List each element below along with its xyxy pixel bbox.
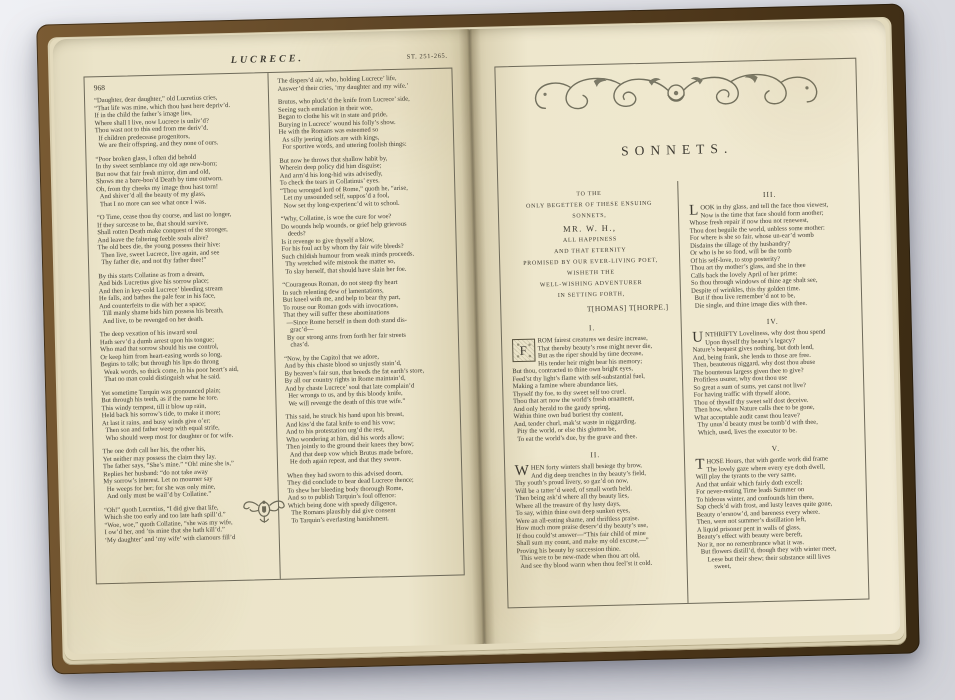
sonnet: III.LOOK in thy glass, and tell the face…	[689, 188, 854, 310]
text-frame: 968 “Daughter, dear daughter,” old Lucre…	[83, 68, 464, 585]
sonnet-body: LOOK in thy glass, and tell the face tho…	[689, 201, 853, 310]
page-number: 968	[94, 79, 261, 92]
drop-cap: U	[692, 332, 703, 346]
sonnet-body: UNTHRIFTY Loveliness, why dost thou spen…	[692, 328, 856, 437]
text-frame: SONNETS. TO THEONLY BEGETTER OF THESE EN…	[494, 58, 870, 609]
drop-cap: W	[515, 465, 529, 479]
sonnet: II.WHEN forty winters shall besiege thy …	[514, 448, 679, 570]
sonnet-columns: TO THEONLY BEGETTER OF THESE ENSUING SON…	[498, 177, 869, 608]
left-page: LUCRECE. ST. 251-265. 968 “Daughter, dea…	[53, 29, 484, 654]
tailpiece-ornament-icon	[240, 496, 287, 532]
left-page-content: LUCRECE. ST. 251-265. 968 “Daughter, dea…	[53, 29, 484, 654]
photo-background: LUCRECE. ST. 251-265. 968 “Daughter, dea…	[0, 0, 955, 700]
stanza: “O Time, cease thou thy course, and last…	[97, 210, 265, 267]
stanza: “Why, Collatine, is woe the cure for woe…	[281, 212, 449, 276]
stanza: The dispers’d air, who, holding Lucrece’…	[277, 74, 444, 93]
drop-cap: F	[512, 339, 536, 363]
right-page-content: SONNETS. TO THEONLY BEGETTER OF THESE EN…	[469, 19, 900, 644]
sonnet-body: THOSE Hours, that with gentle work did f…	[695, 455, 859, 571]
stanza: By this starts Collatine as from a dream…	[98, 269, 266, 326]
section-title: SONNETS.	[497, 138, 858, 163]
sonnet-body: WHEN forty winters shall besiege thy bro…	[515, 461, 679, 570]
sonnet-number: V.	[695, 442, 857, 455]
sonnet-column-1: TO THEONLY BEGETTER OF THESE ENSUING SON…	[498, 181, 689, 607]
stanza: “Courageous Roman, do not steep thy hear…	[282, 278, 450, 350]
sonnet: IV.UNTHRIFTY Loveliness, why dost thou s…	[692, 315, 857, 437]
sonnet-column-2: III.LOOK in thy glass, and tell the face…	[678, 177, 868, 603]
stanza: The one doth call her his, the other his…	[103, 444, 271, 501]
open-book: LUCRECE. ST. 251-265. 968 “Daughter, dea…	[36, 3, 920, 674]
drop-cap: L	[689, 205, 698, 219]
stanza: Brutus, who pluck’d the knife from Lucre…	[278, 95, 446, 152]
stanza: But now he throws that shallow habit by,…	[279, 153, 447, 210]
stanza: When they had sworn to this advised doom…	[287, 468, 455, 525]
lucrece-column-2: The dispers’d air, who, holding Lucrece’…	[268, 69, 463, 579]
stanza: Yet sometime Tarquin was pronounced plai…	[101, 386, 269, 443]
stanza: “Now, by the Capitol that we adore,And b…	[284, 351, 452, 408]
drop-cap: T	[695, 459, 704, 473]
dedication-line: T[HOMAS] T[HORPE.]	[511, 301, 673, 316]
running-title: LUCRECE.	[87, 50, 448, 70]
right-page: SONNETS. TO THEONLY BEGETTER OF THESE EN…	[469, 19, 900, 644]
headpiece-ornament-icon	[495, 67, 857, 127]
sonnet: V.THOSE Hours, that with gentle work did…	[695, 442, 860, 571]
stanza-reference: ST. 251-265.	[407, 53, 448, 61]
stanza: The deep vexation of his inward soulHath…	[100, 327, 268, 384]
stanza: This said, he struck his hand upon his b…	[286, 410, 454, 467]
dedication: TO THEONLY BEGETTER OF THESE ENSUING SON…	[508, 183, 673, 316]
stanza: “Poor broken glass, I often did beholdIn…	[95, 152, 263, 209]
stanza: “Daughter, dear daughter,” old Lucretius…	[94, 93, 262, 150]
sonnet-number: III.	[689, 188, 851, 201]
open-pages: LUCRECE. ST. 251-265. 968 “Daughter, dea…	[53, 19, 901, 654]
sonnet-number: IV.	[692, 315, 854, 328]
sonnet-number: II.	[514, 448, 676, 461]
sonnet-body: FROM fairest creatures we desire increas…	[511, 334, 675, 443]
sonnet-number: I.	[511, 321, 673, 334]
sonnet: I.FROM fairest creatures we desire incre…	[511, 321, 676, 443]
